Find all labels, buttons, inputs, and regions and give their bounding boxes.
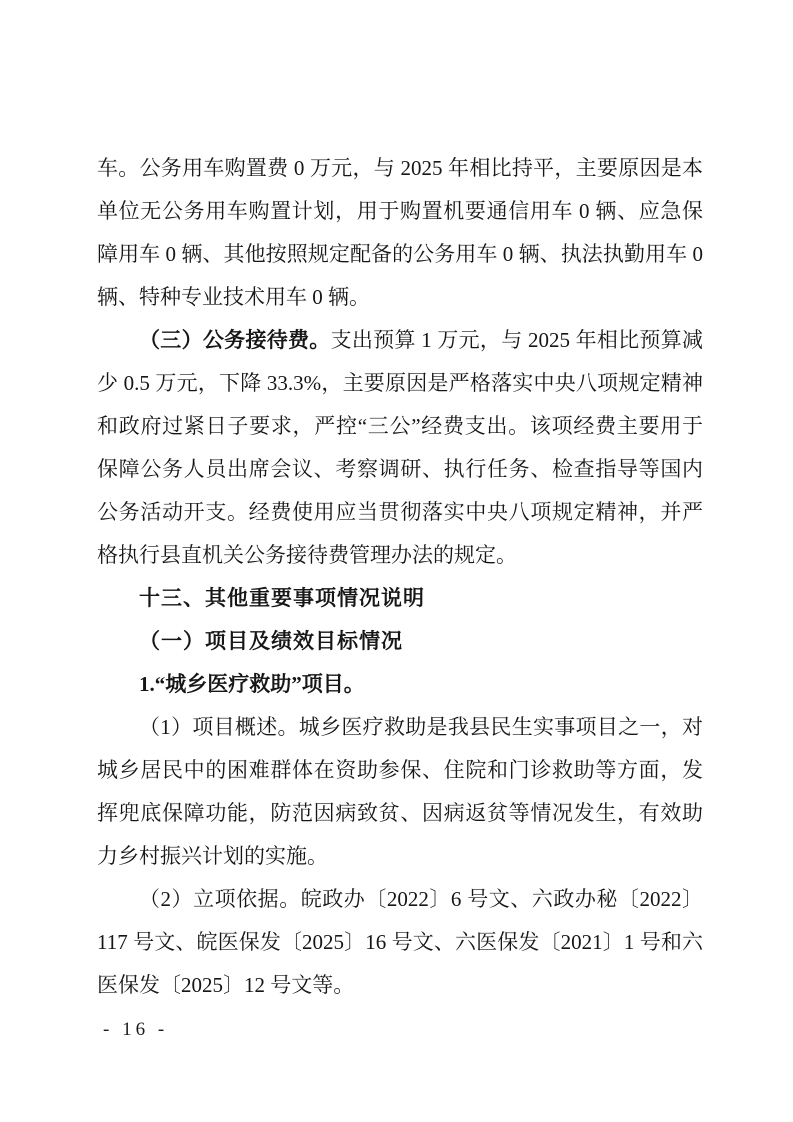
document-page: 车。公务用车购置费 0 万元，与 2025 年相比持平，主要原因是本单位无公务用… [0, 0, 793, 1122]
paragraph-project-overview: （1）项目概述。城乡医疗救助是我县民生实事项目之一，对城乡居民中的困难群体在资助… [97, 706, 703, 878]
paragraph-text-official-reception-fee: 支出预算 1 万元，与 2025 年相比预算减少 0.5 万元，下降 33.3%… [97, 328, 703, 567]
paragraph-official-reception-fee: （三）公务接待费。支出预算 1 万元，与 2025 年相比预算减少 0.5 万元… [97, 319, 703, 577]
page-number: - 16 - [103, 1019, 168, 1040]
subsection-heading-project-performance-targets: （一）项目及绩效目标情况 [97, 620, 703, 663]
document-body: 车。公务用车购置费 0 万元，与 2025 年相比持平，主要原因是本单位无公务用… [97, 147, 703, 1007]
page-footer: - 16 - [103, 1016, 168, 1044]
paragraph-lead-official-reception-fee: （三）公务接待费。 [139, 328, 331, 352]
paragraph-vehicle-purchase-fee: 车。公务用车购置费 0 万元，与 2025 年相比持平，主要原因是本单位无公务用… [97, 147, 703, 319]
numbered-heading-urban-rural-medical-assistance-project: 1.“城乡医疗救助”项目。 [97, 663, 703, 706]
section-heading-other-important-matters: 十三、其他重要事项情况说明 [97, 577, 703, 620]
paragraph-project-approval-basis: （2）立项依据。皖政办〔2022〕6 号文、六政办秘〔2022〕117 号文、皖… [97, 878, 703, 1007]
